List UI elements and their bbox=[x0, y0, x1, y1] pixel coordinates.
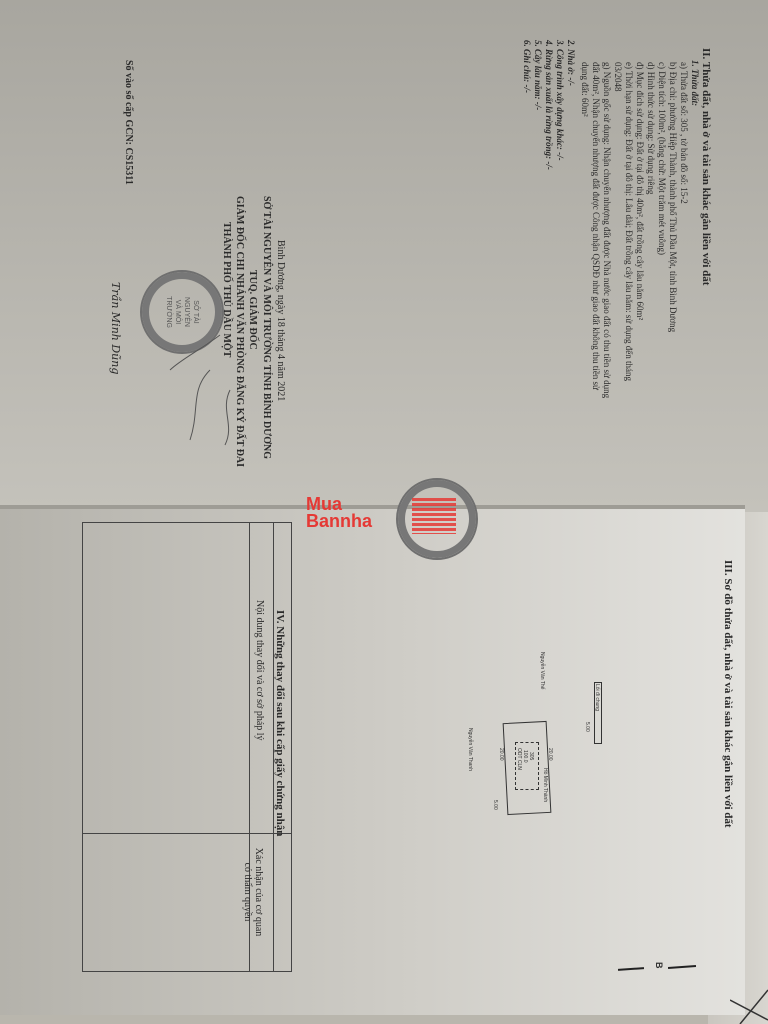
land-line-b: b) Địa chỉ: phường Hiệp Thành, thành phố… bbox=[667, 62, 678, 332]
plot-use: ODT CLN bbox=[516, 748, 522, 770]
neighbor-west: Nguyễn Văn Thanh bbox=[467, 728, 473, 771]
land-line-e: e) Thời hạn sử dụng: Đất ở tại đô thị: L… bbox=[623, 62, 634, 381]
watermark-line-2: Bannha bbox=[306, 513, 372, 530]
dim-top: 20.00 bbox=[547, 748, 553, 761]
land-line-c: c) Diện tích: 100m², (bằng chữ: Một trăm… bbox=[656, 62, 667, 255]
dim-right: 5.00 bbox=[584, 722, 590, 732]
neighbor-north: Nguyễn Văn Thế bbox=[539, 652, 545, 689]
land-line-a: a) Thửa đất số: 305 , tờ bản đồ số: 15-2 bbox=[678, 62, 689, 204]
item-construction: 3. Công trình xây dựng khác: -/- bbox=[554, 40, 565, 161]
item-note: 6. Ghi chú: -/- bbox=[521, 40, 532, 93]
issuing-org: SỞ TÀI NGUYÊN VÀ MÔI TRƯỜNG TỈNH BÌNH DƯ… bbox=[260, 196, 272, 459]
road-label: Lối đi chung bbox=[594, 684, 600, 711]
changes-col-confirmation: Xác nhận của cơ quan có thẩm quyền bbox=[242, 842, 264, 942]
issue-date: Bình Dương, ngày 18 tháng 4 năm 2021 bbox=[275, 240, 286, 401]
signature-scribble bbox=[150, 330, 240, 450]
land-line-dd: đ) Mục đích sử dụng: Đất ở tại đô thị 40… bbox=[634, 62, 645, 320]
section2-title: II. Thửa đất, nhà ở và tài sản khác gắn … bbox=[700, 48, 712, 285]
registry-number: Số vào sổ cấp GCN: CS15311 bbox=[123, 60, 134, 185]
signer-name: Trần Minh Dũng bbox=[109, 282, 122, 374]
land-line-g3: dụng đất: 60m² bbox=[579, 62, 590, 117]
seal-text: SỞ TÀI NGUYÊN VÀ MÔI TRƯỜNG bbox=[164, 292, 200, 332]
dim-left: 5.00 bbox=[492, 800, 498, 810]
item-forest: 4. Rừng sản xuất là rừng trồng: -/- bbox=[543, 40, 554, 170]
land-heading: 1. Thửa đất: bbox=[689, 60, 700, 106]
signer-role-1: TUQ. GIÁM ĐỐC bbox=[246, 270, 258, 350]
neighbor-south: Hồ Minh Thành bbox=[542, 768, 548, 802]
floor-tile-lines bbox=[730, 980, 768, 1024]
section4-title: IV. Những thay đổi sau khi cấp giấy chứn… bbox=[274, 610, 286, 836]
section3-title: III. Sơ đồ thửa đất, nhà ở và tài sản kh… bbox=[722, 560, 734, 828]
page-fold bbox=[0, 505, 745, 509]
plot-area: 100.0 bbox=[522, 750, 528, 763]
watermark-building-icon bbox=[412, 498, 456, 534]
section-mark: B bbox=[654, 962, 664, 969]
land-line-d: d) Hình thức sử dụng: Sử dụng riêng bbox=[645, 62, 656, 194]
dim-bottom: 20.00 bbox=[498, 748, 504, 761]
land-line-e2: 03/2048 bbox=[612, 62, 623, 92]
item-house: 2. Nhà ở: -/- bbox=[565, 40, 576, 86]
table-divider-columns bbox=[83, 833, 291, 834]
land-line-g: g) Nguồn gốc sử dụng: Nhận chuyển nhượng… bbox=[601, 62, 612, 398]
land-line-g2: đất 40m², Nhận chuyển nhượng đất được Cô… bbox=[590, 62, 601, 390]
plot-number: 305 bbox=[528, 752, 534, 760]
changes-col-content: Nội dung thay đổi và cơ sở pháp lý bbox=[254, 600, 265, 741]
watermark-logo: Mua Bannha bbox=[306, 496, 372, 530]
item-perennial: 5. Cây lâu năm: -/- bbox=[532, 40, 543, 110]
